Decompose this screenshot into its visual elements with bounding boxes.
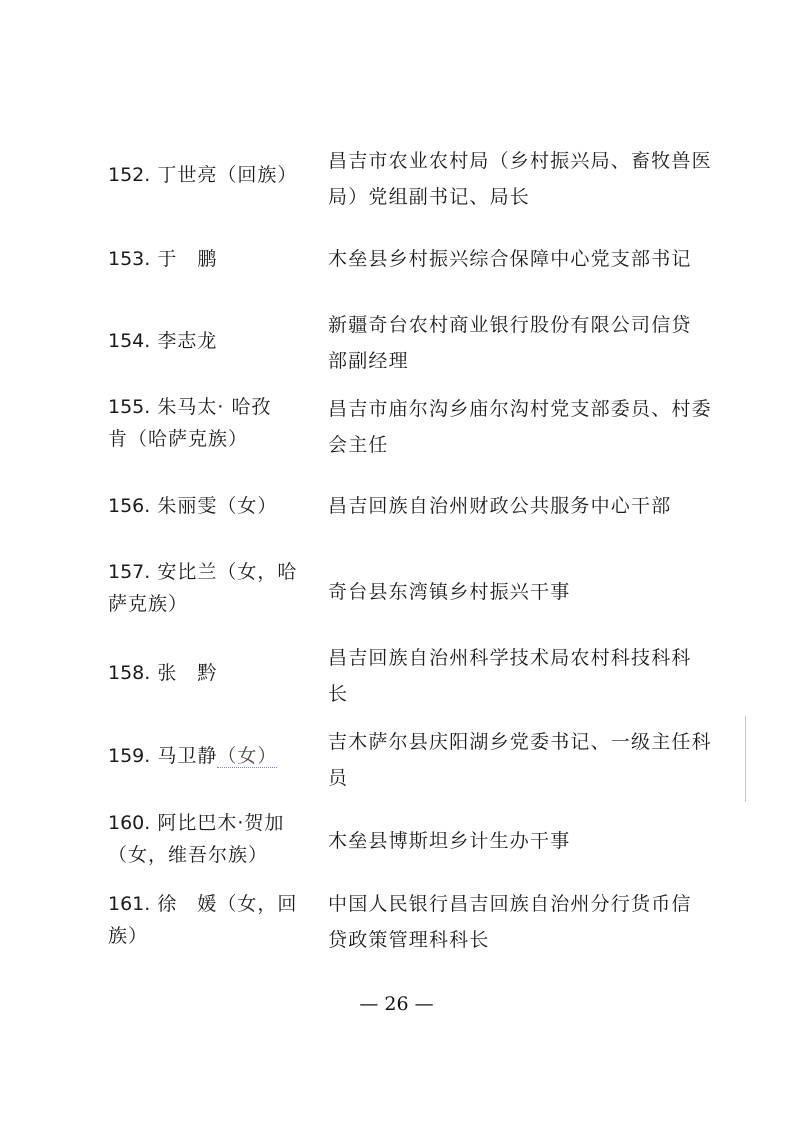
person-position: 昌吉回族自治州科学技术局农村科技科科 长 — [328, 640, 728, 712]
person-position: 木垒县乡村振兴综合保障中心党支部书记 — [328, 241, 728, 277]
entry-number: 154. — [108, 330, 150, 352]
entry-number: 157. — [108, 561, 150, 583]
person-name: 156. 朱丽雯（女） — [108, 490, 318, 522]
entry-number: 152. — [108, 164, 150, 186]
person-name: 159. 马卫静（女） — [108, 740, 318, 772]
document-page: 152. 丁世亮（回族） 昌吉市农业农村局（乡村振兴局、畜牧兽医 局）党组副书记… — [0, 0, 793, 1121]
person-name: 153. 于 鹏 — [108, 243, 318, 275]
person-name: 158. 张 黔 — [108, 657, 318, 689]
person-name: 152. 丁世亮（回族） — [108, 159, 318, 191]
entry-number: 159. — [108, 745, 150, 767]
gender-annotation: （女） — [217, 745, 277, 768]
entry-number: 153. — [108, 248, 150, 270]
entry-number: 155. — [108, 396, 150, 418]
person-position: 昌吉市庙尔沟乡庙尔沟村党支部委员、村委 会主任 — [328, 391, 728, 463]
person-name: 161. 徐 媛（女，回 族） — [108, 888, 318, 952]
person-position: 吉木萨尔县庆阳湖乡党委书记、一级主任科 员 — [328, 724, 728, 796]
person-position: 木垒县博斯坦乡计生办干事 — [328, 823, 728, 859]
entry-number: 158. — [108, 662, 150, 684]
page-number: — 26 — — [0, 993, 793, 1015]
entry-number: 160. — [108, 812, 150, 834]
person-name: 160. 阿比巴木·贺加 （女，维吾尔族） — [108, 807, 318, 871]
person-position: 奇台县东湾镇乡村振兴干事 — [328, 574, 728, 610]
person-name: 154. 李志龙 — [108, 325, 318, 357]
person-position: 昌吉回族自治州财政公共服务中心干部 — [328, 488, 728, 524]
entry-number: 161. — [108, 893, 150, 915]
person-position: 新疆奇台农村商业银行股份有限公司信贷 部副经理 — [328, 307, 728, 379]
person-name: 157. 安比兰（女，哈 萨克族） — [108, 556, 318, 620]
scan-margin-line — [745, 716, 746, 802]
person-name: 155. 朱马太· 哈孜 肯（哈萨克族） — [108, 391, 318, 455]
person-position: 昌吉市农业农村局（乡村振兴局、畜牧兽医 局）党组副书记、局长 — [328, 143, 728, 215]
person-position: 中国人民银行昌吉回族自治州分行货币信 贷政策管理科科长 — [328, 886, 728, 958]
entry-number: 156. — [108, 495, 150, 517]
